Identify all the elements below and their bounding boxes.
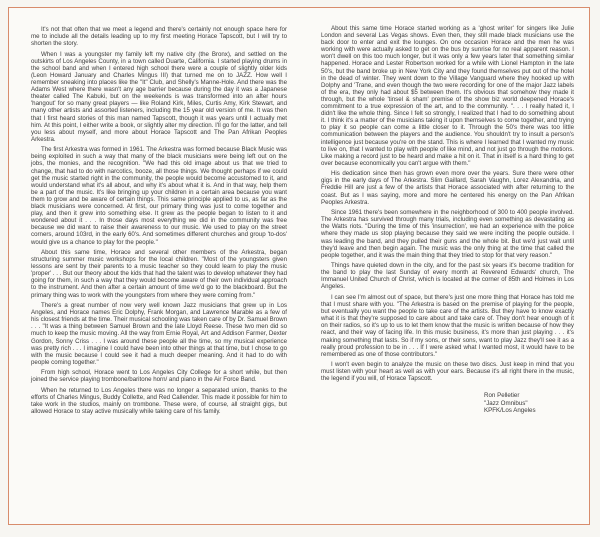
signature-show: "Jazz Omnibus"	[484, 400, 574, 407]
signature-station: KPFK/Los Angeles	[484, 407, 574, 414]
paragraph: The first Arkestra was formed in 1961. T…	[31, 146, 287, 245]
left-column: It's not that often that we meet a legen…	[31, 26, 287, 419]
paragraph: I can see I'm almost out of space, but t…	[321, 294, 574, 358]
paragraph: About this same time, Horace and several…	[31, 249, 287, 299]
signature: Ron Pelletier "Jazz Omnibus" KPFK/Los An…	[484, 392, 574, 414]
paragraph: There's a great number of now very well …	[31, 302, 287, 366]
paragraph: When I was a youngster my family left my…	[31, 51, 287, 143]
paragraph: I won't even begin to analyze the music …	[321, 361, 574, 382]
paragraph: His dedication since then has grown even…	[321, 170, 574, 205]
paragraph: When he returned to Los Angeles there wa…	[31, 387, 287, 415]
right-column: About this same time Horace started work…	[321, 25, 574, 414]
paragraph: From high school, Horace went to Los Ang…	[31, 369, 287, 383]
paragraph: Things have quieted down in the city, an…	[321, 262, 574, 290]
paragraph: Since 1961 there's been somewhere in the…	[321, 209, 574, 259]
signature-name: Ron Pelletier	[484, 392, 574, 399]
paragraph: About this same time Horace started work…	[321, 25, 574, 167]
paragraph: It's not that often that we meet a legen…	[31, 26, 287, 47]
